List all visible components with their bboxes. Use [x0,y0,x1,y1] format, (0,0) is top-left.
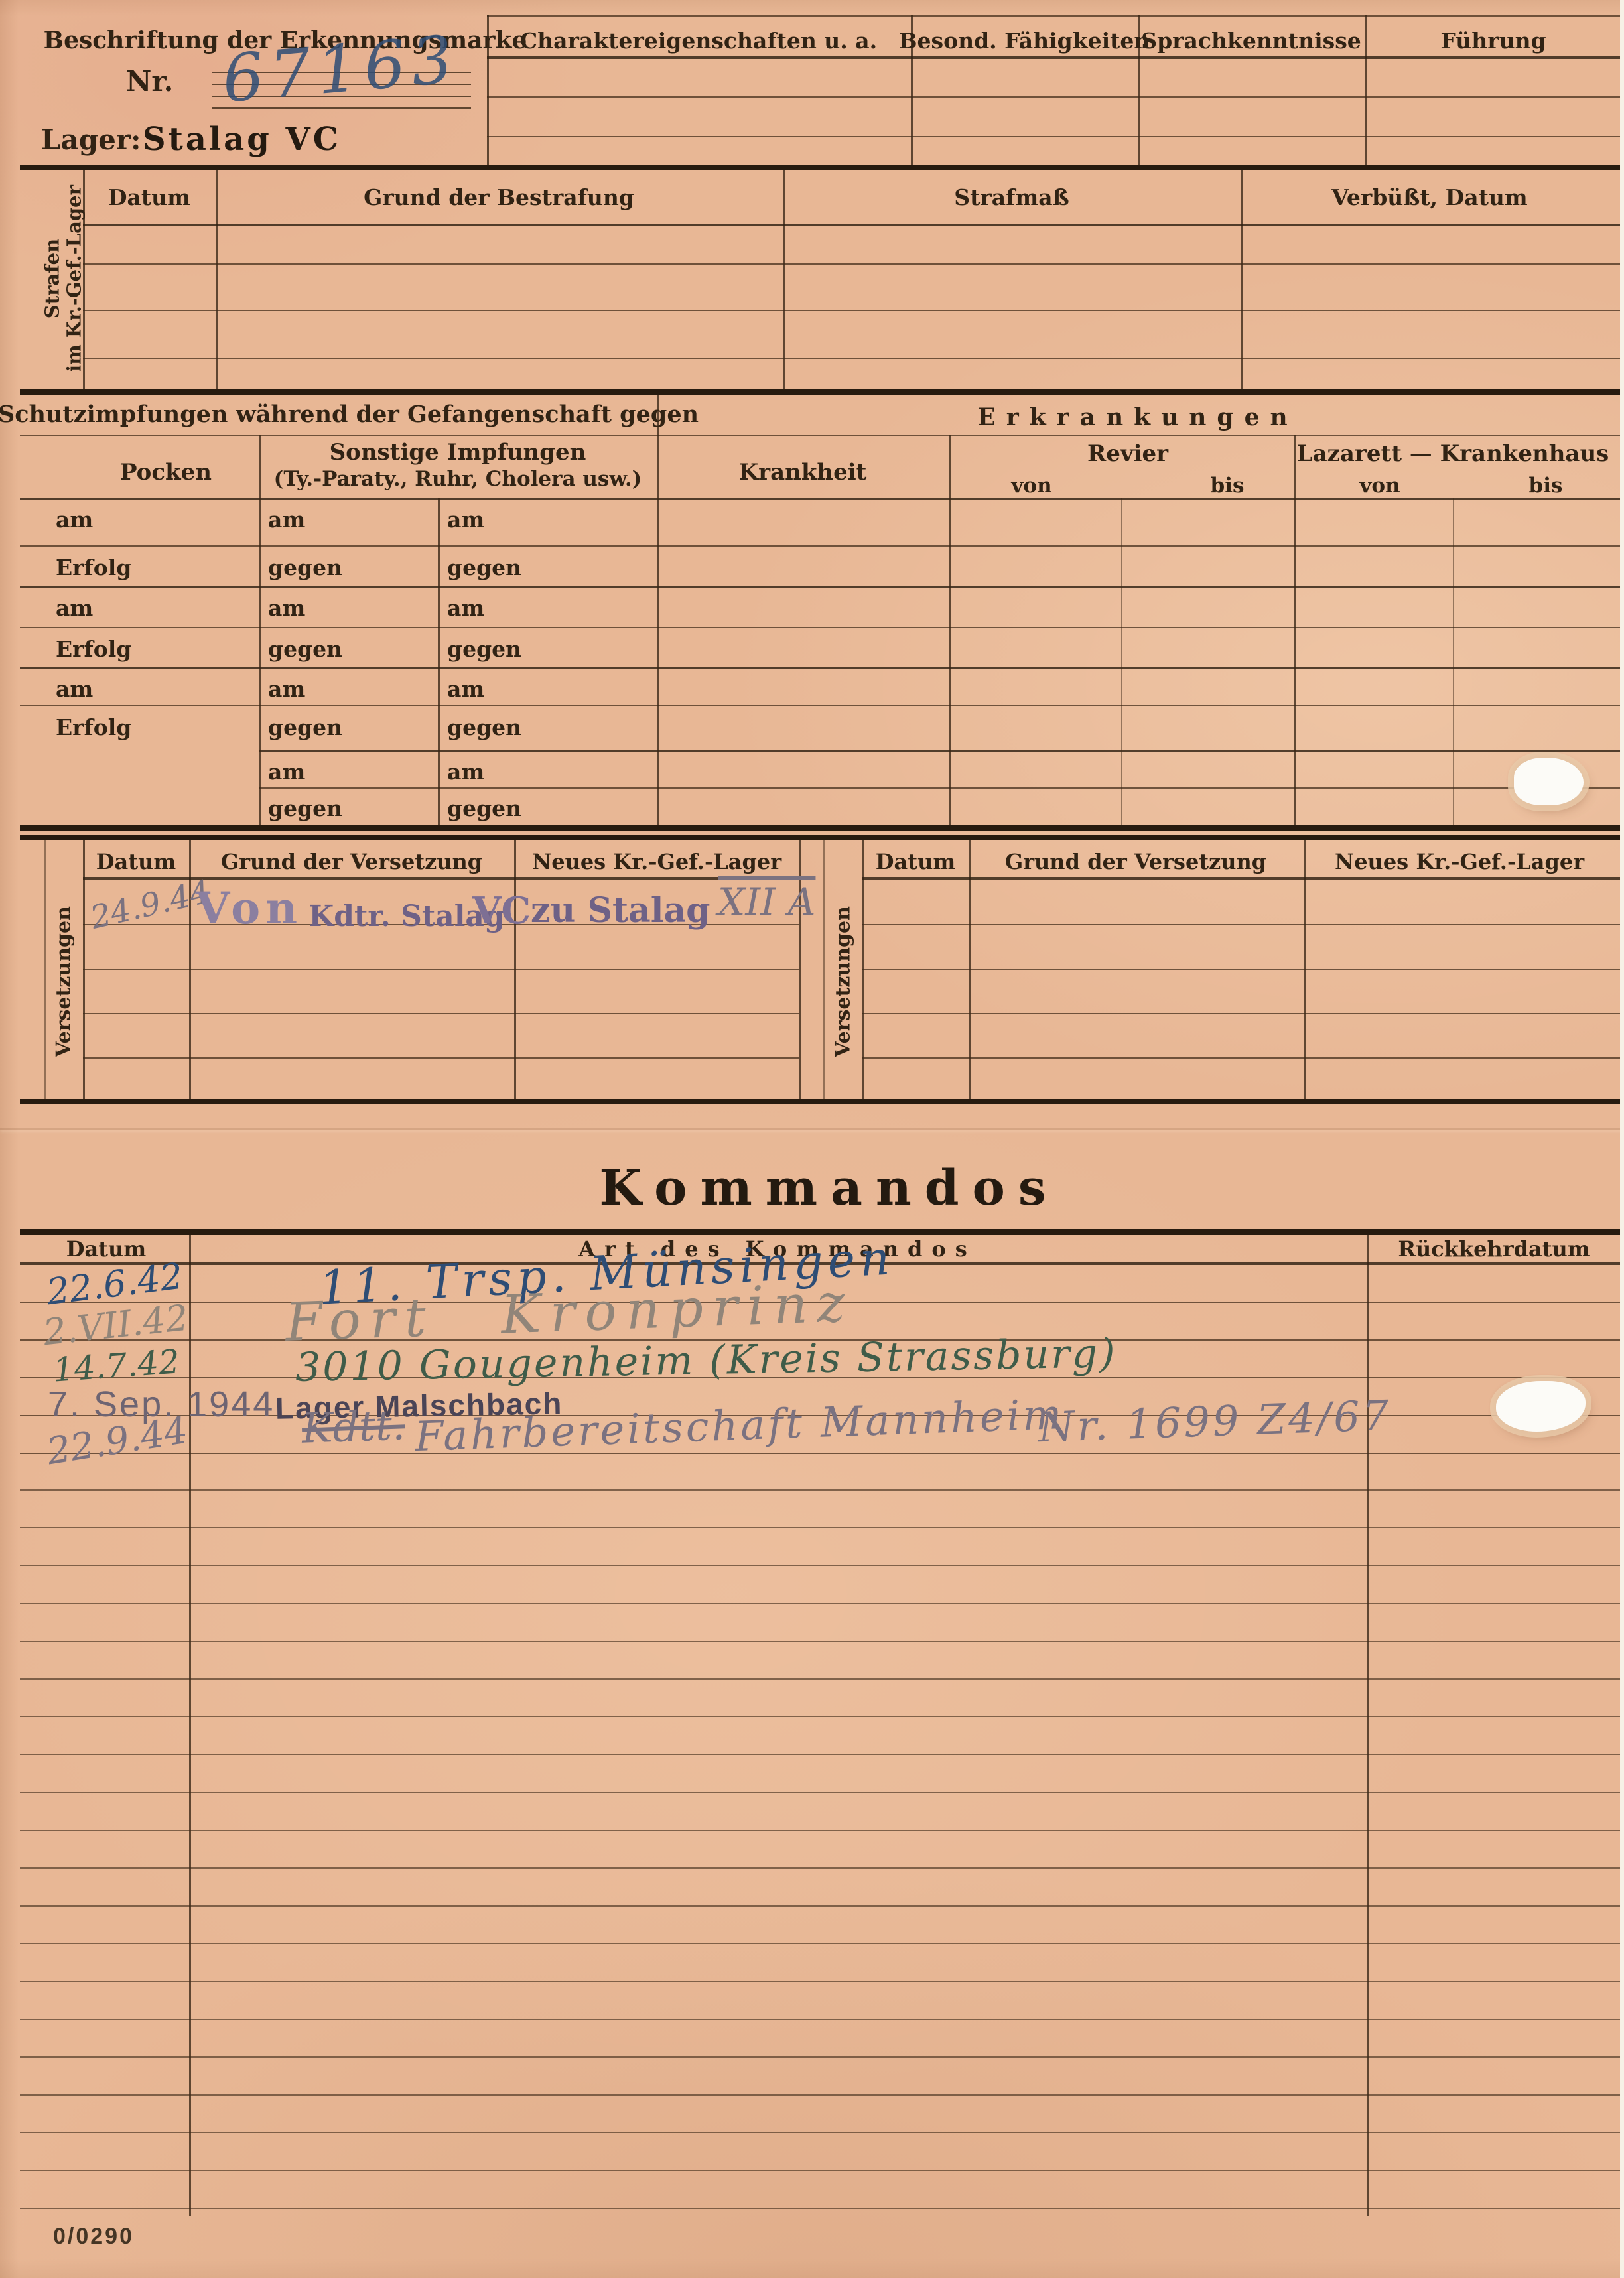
other-row-label: am [268,676,305,702]
other-row-label: am [268,595,305,621]
grid-line [487,136,1622,137]
punishments-col-date: Datum [108,184,190,210]
transfer-entry-von-stamp: Von [196,882,303,934]
kommando-entry-number: Nr. 1699 Z4/67 [1038,1391,1392,1452]
transfers-col-date: Datum [876,849,955,874]
transfer-entry-date: 24.9.44 [87,873,214,937]
other-row-label: am [447,759,484,785]
pox-row-label: Erfolg [56,714,131,740]
transfers-col-reason: Grund der Versetzung [1005,849,1266,874]
grid-line [487,56,1622,59]
grid-line [438,498,440,825]
infirmary-from-label: von [1011,474,1051,498]
illnesses-col-hospital: Lazarett — Krankenhaus [1297,440,1609,467]
grid-line [862,969,1622,970]
kommandos-col-return: Rückkehrdatum [1398,1237,1590,1262]
grid-line [1453,498,1454,825]
grid-line [1241,170,1243,389]
camp-value: Stalag VC [143,121,341,158]
punishments-col-measure: Strafmaß [954,184,1069,210]
other-row-label: gegen [447,636,521,662]
grid-line [783,170,785,389]
grid-line [862,1057,1622,1059]
transfers-col-reason: Grund der Versetzung [221,849,482,874]
pox-row-label: Erfolg [56,636,131,662]
pox-row-label: am [56,676,93,702]
grid-line [657,395,659,825]
vaccinations-col-pox: Pocken [120,459,212,486]
other-row-label: gegen [268,714,342,740]
kommando-entry-struck-word: Kdtt. [301,1400,406,1452]
illnesses-col-infirmary: Revier [1087,440,1168,467]
kommandos-title: Kommandos [599,1160,1059,1217]
transfers-side-label: Versetzungen [832,906,855,1057]
other-row-label: am [268,507,305,533]
grid-line [862,877,1622,880]
grid-line [259,787,1622,789]
grid-line [259,750,1622,752]
camp-label: Lager: [41,123,141,156]
other-row-label: am [447,595,484,621]
illnesses-title: Erkrankungen [977,403,1298,431]
kommandos-col-date: Datum [66,1237,146,1262]
grid-line [83,1057,799,1059]
hospital-from-label: von [1359,474,1400,498]
grid-line [83,969,799,970]
punch-hole [1496,1381,1586,1432]
grid-line [83,263,1622,265]
traits-col-languages: Sprachkenntnisse [1141,28,1361,54]
other-row-label: am [268,759,305,785]
grid-line [1294,435,1296,825]
transfer-entry-camp-handwritten: VC [472,889,531,933]
other-row-label: am [447,507,484,533]
transfer-entry-zu-stamp: zu Stalag [531,890,710,931]
vaccinations-col-other-1: Sonstige Impfungen [330,439,586,466]
grid-line [949,435,951,825]
other-row-label: gegen [268,795,342,821]
scan-edge [1620,0,1624,2278]
grid-line [862,1013,1622,1014]
punch-hole [1514,758,1584,805]
grid-line [83,224,1622,226]
grid-line [20,389,1622,395]
traits-col-character: Charaktereigenschaften u. a. [520,28,877,54]
grid-line [862,924,1622,925]
empty-ruled-rows [20,1453,1622,2216]
form-code: 0/0290 [53,2224,134,2249]
pox-row-label: am [56,507,93,533]
fold-crease [0,1128,1624,1130]
grid-line [83,358,1622,359]
transfers-col-newcamp: Neues Kr.-Gef.-Lager [1335,849,1584,874]
vaccinations-title: Schutzimpfungen während der Gefangenscha… [0,401,699,428]
other-row-label: gegen [447,714,521,740]
transfer-entry-newcamp-handwritten: XII A [718,880,815,925]
grid-line [1365,15,1367,165]
vaccinations-col-other-2: (Ty.-Paraty., Ruhr, Cholera usw.) [274,467,642,491]
grid-line [487,96,1622,98]
grid-line [1121,498,1122,825]
kommando-entry-date: 14.7.42 [52,1342,180,1389]
grid-line [487,15,489,165]
grid-line [44,840,46,1099]
other-row-label: gegen [268,555,342,580]
hospital-to-label: bis [1529,474,1563,498]
transfers-col-newcamp: Neues Kr.-Gef.-Lager [532,849,781,874]
infirmary-to-label: bis [1211,474,1245,498]
other-row-label: gegen [447,555,521,580]
grid-line [823,840,825,1099]
punishments-col-served: Verbüßt, Datum [1331,184,1527,210]
grid-line [799,840,801,1099]
grid-line [216,170,218,389]
other-row-label: gegen [268,636,342,662]
grid-line [20,835,1622,840]
grid-line [20,165,1622,170]
illnesses-col-disease: Krankheit [739,459,867,486]
other-row-label: gegen [447,795,521,821]
grid-line [20,1229,1622,1235]
grid-line [487,15,1622,17]
traits-col-abilities: Besond. Fähigkeiten [899,28,1150,54]
transfers-side-label: Versetzungen [52,906,76,1057]
tag-nr-label: Nr. [126,65,173,98]
pox-row-label: Erfolg [56,555,131,580]
other-row-label: am [447,676,484,702]
pow-record-card: Beschriftung der Erkennungsmarke Nr. 671… [0,0,1624,2278]
grid-line [259,435,261,825]
traits-col-conduct: Führung [1440,28,1546,54]
pox-row-label: am [56,595,93,621]
punishments-side-label: Strafen im Kr.-Gef.-Lager [42,185,86,372]
grid-line [20,1099,1622,1104]
grid-line [20,825,1622,831]
punishments-col-reason: Grund der Bestrafung [364,184,634,210]
grid-line [83,310,1622,311]
transfers-col-date: Datum [96,849,176,874]
grid-line [83,1013,799,1014]
